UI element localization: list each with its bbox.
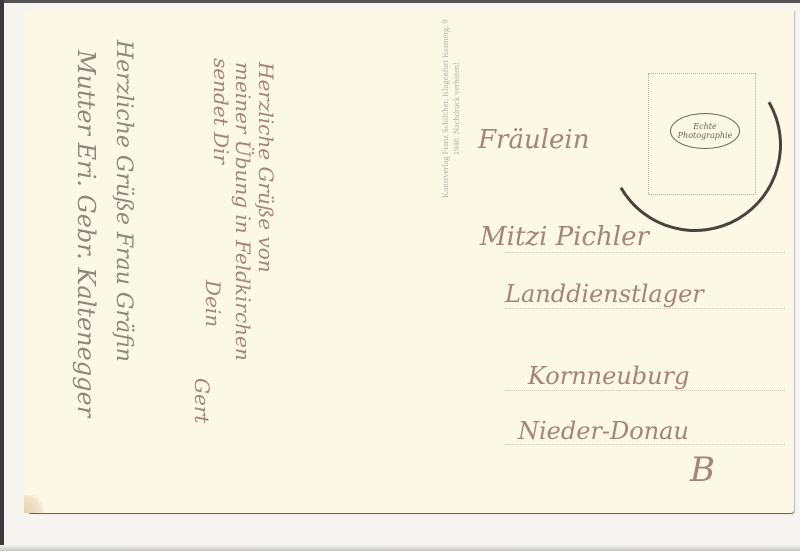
address-initial: B — [690, 450, 715, 490]
address-name: Mitzi Pichler — [480, 222, 649, 252]
address-salutation: Fräulein — [478, 125, 589, 155]
publisher-imprint: Kunstverlag Franz Schilcher, Klagenfurt … — [440, 19, 462, 198]
message-line-4: Herzliche Grüße Frau Gräfin — [111, 40, 136, 362]
scan-edge-left — [0, 0, 4, 551]
message-line-3: sendet Dir — [209, 58, 233, 164]
corner-stain — [24, 495, 46, 513]
message-line-1: Herzliche Grüße von — [254, 62, 278, 273]
message-signature: Gert — [190, 378, 214, 423]
address-line2-text: Landdienstlager — [505, 280, 704, 308]
address-line-3 — [505, 390, 785, 391]
address-line-2 — [505, 308, 785, 309]
message-line-5: Mutter Eri. Gebr. Kaltenegger — [72, 50, 100, 417]
scan-bottom-strip — [0, 545, 800, 551]
address-line-1 — [505, 252, 785, 253]
imprint-line-2: 1940. Nachdruck verboten! — [451, 19, 462, 198]
address-line3-text: Kornneuburg — [528, 362, 689, 390]
address-line4-text: Nieder-Donau — [518, 417, 689, 445]
imprint-line-1: Kunstverlag Franz Schilcher, Klagenfurt … — [440, 19, 451, 198]
message-line-3b: Dein — [201, 280, 225, 327]
scan-edge-top — [0, 0, 800, 3]
message-line-2: meiner Übung in Feldkirchen — [231, 62, 255, 361]
